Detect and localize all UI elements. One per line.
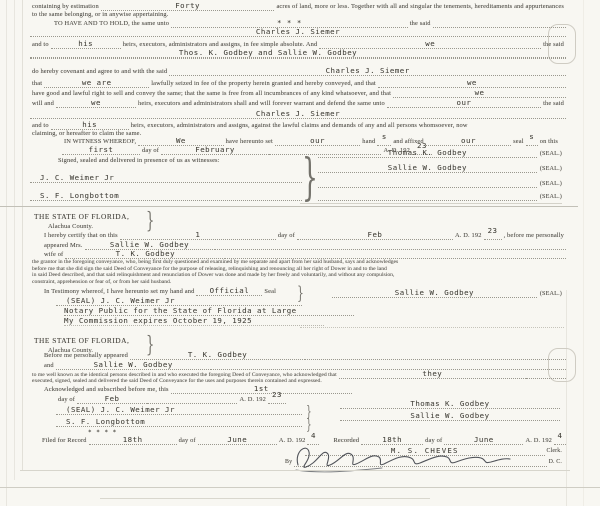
typed-month: June <box>227 436 247 444</box>
line-witness-signature: J. C. Weimer Jr <box>30 174 302 183</box>
typed-we: we <box>425 40 435 48</box>
typed-s: s <box>382 133 387 141</box>
printed-text: Before me personally appeared <box>42 351 130 360</box>
typed-month: Feb <box>105 395 120 403</box>
line-good-right: have good and lawful right to sell and c… <box>30 89 566 98</box>
typed-name: Sallie W. Godbey <box>110 241 189 249</box>
pronoun-blank: we <box>378 79 566 88</box>
line-notary-seal: (SEAL) J. C. Weimer Jr <box>56 297 302 306</box>
line-witness-signature: S. F. Longbottom <box>56 418 302 427</box>
pronoun-blank: we <box>56 99 136 108</box>
line-blank-dotted <box>30 58 566 59</box>
typed-year: 4 <box>558 432 563 440</box>
typed-month: Feb <box>368 231 383 239</box>
typed-name: Sallie W. Godbey <box>94 361 173 369</box>
line-wife-of: wife of T. K. Godbey <box>42 250 566 259</box>
deputy-label: D. C. <box>547 458 564 467</box>
printed-text: , before me personally <box>502 231 566 240</box>
typed-notary: (SEAL) J. C. Weimer Jr <box>66 406 175 414</box>
dotted-fill <box>147 403 237 404</box>
line-covenant: do hereby covenant and agree to and with… <box>30 67 566 76</box>
right-margin-line <box>583 0 584 506</box>
line-appeared: Before me personally appeared T. K. Godb… <box>42 351 566 360</box>
month-blank: Feb <box>297 231 453 240</box>
typed-s: s <box>529 133 534 141</box>
pronoun-blank: they <box>339 370 526 379</box>
day-blank: first <box>62 146 140 155</box>
left-margin-line <box>22 0 23 470</box>
notary-line: My Commission expires October 19, 1925 <box>64 317 324 326</box>
section-divider <box>300 203 562 204</box>
typed-year: 4 <box>311 432 316 440</box>
deputy-clerk-signature <box>292 441 527 473</box>
left-margin-line <box>6 0 7 506</box>
line-seized: that we are lawfully seized in fee of th… <box>30 79 566 88</box>
day-blank: 18th <box>89 436 177 445</box>
typed-day: first <box>89 146 114 154</box>
typed-we-are: we are <box>82 79 112 87</box>
typed-asterisks: * * * <box>277 19 302 27</box>
right-margin-line <box>566 290 567 506</box>
typed-witness: J. C. Weimer Jr <box>40 174 114 182</box>
typed-our: our <box>461 137 476 145</box>
typed-signature: Sallie W. Godbey <box>388 164 467 172</box>
typed-grantee: Charles J. Siemer <box>256 28 340 36</box>
line-county: Alachua County. <box>46 222 95 231</box>
printed-text: day of <box>177 436 198 445</box>
pronoun-blank: our <box>426 137 511 146</box>
typed-witness: S. F. Longbottom <box>40 192 119 200</box>
printed-text: day of <box>140 146 161 155</box>
printed-text: day of <box>56 395 77 404</box>
line-grantor-seal: Sallie W. Godbey (SEAL.) <box>318 164 564 173</box>
typed-signature: Thomas K. Godbey <box>388 149 467 157</box>
line-notary-seal: (SEAL) J. C. Weimer Jr <box>56 406 302 415</box>
state-title: THE STATE OF FLORIDA, <box>32 336 131 345</box>
printed-text: the said <box>541 40 566 49</box>
typed-day: 1st <box>254 385 269 393</box>
typed-our: our <box>310 137 325 145</box>
printed-text: will and <box>30 99 56 108</box>
printed-text: heirs, executors, administrators and ass… <box>129 121 470 130</box>
year-blank: 23 <box>268 395 286 404</box>
printed-text: TO HAVE AND TO HOLD, the same unto <box>52 19 171 28</box>
name-blank: Sallie W. Godbey <box>56 361 211 370</box>
witness-line: S. F. Longbottom <box>56 418 302 427</box>
typed-grantee: Charles J. Siemer <box>326 67 410 75</box>
printed-text: wife of <box>42 250 65 259</box>
line-grantor-seal: Thomas K. Godbey (SEAL.) <box>318 149 564 158</box>
line-testimony: In Testimony whereof, I have hereunto se… <box>42 287 278 296</box>
scan-fold-line <box>20 470 570 471</box>
month-blank: February <box>161 146 269 155</box>
scan-fold-line <box>100 498 430 499</box>
typed-acreage: Forty <box>175 2 200 10</box>
plural-blank: s <box>526 137 538 146</box>
line-warrant: will and we heirs, executors and adminis… <box>30 99 566 108</box>
line-witness-signature: S. F. Longbottom <box>30 192 302 201</box>
signature-line: Thomas K. Godbey <box>340 400 560 409</box>
printed-text: In Testimony whereof, I have hereunto se… <box>42 287 196 296</box>
scan-fold-line <box>0 487 600 488</box>
printed-text: day of <box>276 231 297 240</box>
notary-line: Notary Public for the State of Florida a… <box>64 307 354 316</box>
line-certify-date: I hereby certify that on this 1 day of F… <box>42 231 566 240</box>
seal-label: (SEAL.) <box>537 192 564 201</box>
printed-text: lawfully seized in fee of the property h… <box>149 79 378 88</box>
typed-name: T. K. Godbey <box>188 351 247 359</box>
official-blank: Official <box>196 287 262 296</box>
day-blank: 1st <box>171 385 352 394</box>
seal-label: (SEAL.) <box>537 164 564 173</box>
brace-glyph: } <box>302 150 318 204</box>
signature-line: Sallie W. Godbey <box>318 164 537 173</box>
typed-year: 23 <box>488 227 498 235</box>
line-grantee-name: Charles J. Siemer <box>30 110 566 119</box>
typed-his: his <box>78 40 93 48</box>
dotted-fill <box>526 378 566 379</box>
signature-line: Sallie W. Godbey <box>332 289 537 298</box>
printed-text: appeared Mrs. <box>42 241 85 250</box>
printed-text: Filed for Record <box>40 436 89 445</box>
line-grantor-seal: (SEAL.) <box>318 179 564 188</box>
typed-grantee: Charles J. Siemer <box>256 110 340 118</box>
line-blank-dotted <box>300 327 564 328</box>
seal-label: (SEAL.) <box>537 289 564 298</box>
printed-text: heirs, executors and administrators shal… <box>136 99 387 108</box>
line-grantors-names: Thos. K. Godbey and Sallie W. Godbey <box>30 49 566 58</box>
printed-text: to the same belonging, or in anywise app… <box>30 10 171 19</box>
typed-his: his <box>82 121 97 129</box>
day-blank: 1 <box>120 231 276 240</box>
section-divider <box>0 206 578 207</box>
plural-blank: s <box>377 137 391 146</box>
printed-text: A. D. 192 <box>237 395 268 404</box>
line-state-heading: THE STATE OF FLORIDA, <box>32 336 131 345</box>
name-blank: T. K. Godbey <box>65 250 225 259</box>
typed-day: 18th <box>123 436 143 444</box>
pronoun-blank: we are <box>44 79 149 88</box>
signature-line <box>318 200 537 201</box>
typed-month: February <box>195 146 235 154</box>
notary-line: (SEAL) J. C. Weimer Jr <box>56 297 302 306</box>
typed-name: T. K. Godbey <box>116 250 175 258</box>
name-blank: Charles J. Siemer <box>30 28 566 37</box>
typed-we: we <box>467 79 477 87</box>
line-ack-date: day of Feb A. D. 192 23 <box>56 395 286 404</box>
dotted-fill <box>300 327 564 328</box>
pronoun-blank: our <box>387 99 541 108</box>
typed-they: they <box>422 370 442 378</box>
line-in-witness: IN WITNESS WHEREOF, We have hereunto set… <box>62 137 560 146</box>
line-commission: My Commission expires October 19, 1925 <box>64 317 324 326</box>
line-wife-seal: Sallie W. Godbey (SEAL.) <box>332 289 564 298</box>
year-blank: 23 <box>484 231 502 240</box>
line-witness-heading: Signed, sealed and delivered in presence… <box>56 156 222 165</box>
typed-official: Official <box>210 287 250 295</box>
typed-commission: My Commission expires October 19, 1925 <box>64 317 252 325</box>
line-fine-print: constraint, apprehension or fear of, or … <box>30 279 173 286</box>
typed-year: 23 <box>272 391 282 399</box>
witness-line: S. F. Longbottom <box>30 192 302 201</box>
printed-text: Seal <box>262 287 278 296</box>
month-blank: Feb <box>77 395 147 404</box>
printed-text: and to <box>30 40 51 49</box>
typed-signature: Sallie W. Godbey <box>395 289 474 297</box>
typed-our: our <box>457 99 472 107</box>
seal-label: (SEAL.) <box>537 149 564 158</box>
clerk-label: Clerk. <box>545 447 564 456</box>
printed-text: hand <box>360 137 377 146</box>
printed-text: have good and lawful right to sell and c… <box>30 89 393 98</box>
typed-we: We <box>176 137 186 145</box>
seal-label: (SEAL.) <box>537 179 564 188</box>
printed-text: on this <box>538 137 560 146</box>
printed-text: Acknowledged and subscribed before me, t… <box>42 385 171 394</box>
pronoun-blank: his <box>51 40 121 49</box>
printed-fine-print: executed, signed, sealed and delivered t… <box>30 378 324 385</box>
dotted-fill <box>305 359 566 360</box>
dotted-fill <box>30 58 566 59</box>
name-blank: Charles J. Siemer <box>30 110 566 119</box>
notary-line: (SEAL) J. C. Weimer Jr <box>56 406 302 415</box>
line-grantor-seal: (SEAL.) <box>318 192 564 201</box>
printed-text: acres of land, more or less. Together wi… <box>274 2 566 11</box>
printed-text: I hereby certify that on this <box>42 231 120 240</box>
typed-witness: S. F. Longbottom <box>66 418 145 426</box>
scanned-deed-page: containing by estimation Forty acres of … <box>0 0 600 506</box>
printed-text: the said <box>541 99 566 108</box>
signature-line: Thomas K. Godbey <box>318 149 537 158</box>
brace-glyph: } <box>306 416 312 432</box>
name-blank: Charles J. Siemer <box>169 67 566 76</box>
typed-notary-title: Notary Public for the State of Florida a… <box>64 307 297 315</box>
printed-text: Signed, sealed and delivered in presence… <box>56 156 222 165</box>
line-subscribed: Acknowledged and subscribed before me, t… <box>42 385 352 394</box>
printed-text: the said <box>408 19 433 28</box>
left-margin-line <box>14 0 15 480</box>
county-label: Alachua County. <box>46 222 95 231</box>
signature-line <box>318 187 537 188</box>
printed-text: that <box>30 79 44 88</box>
line-notary-title: Notary Public for the State of Florida a… <box>64 307 354 316</box>
line-grantee-name: Charles J. Siemer <box>30 28 566 37</box>
typed-notary: (SEAL) J. C. Weimer Jr <box>66 297 175 305</box>
line-fine-print: executed, signed, sealed and delivered t… <box>30 378 324 385</box>
typed-we: we <box>91 99 101 107</box>
typed-day: 1 <box>195 231 200 239</box>
printed-text: do hereby covenant and agree to and with… <box>30 67 169 76</box>
typed-signature: Thomas K. Godbey <box>410 400 489 408</box>
line-belonging: to the same belonging, or in anywise app… <box>30 10 171 19</box>
year-blank: 4 <box>554 436 566 445</box>
printed-text: seal <box>511 137 526 146</box>
name-blank: T. K. Godbey <box>130 351 305 360</box>
signature-line: Sallie W. Godbey <box>340 412 560 421</box>
month-blank: June <box>198 436 277 445</box>
line-state-heading: THE STATE OF FLORIDA, <box>32 212 131 221</box>
line-ack-signature: Thomas K. Godbey <box>340 400 560 409</box>
printed-text: and <box>42 361 56 370</box>
name-blank: Thos. K. Godbey and Sallie W. Godbey <box>30 49 566 58</box>
state-title: THE STATE OF FLORIDA, <box>32 212 131 221</box>
pronoun-blank: we <box>393 89 566 98</box>
line-ack-signature: Sallie W. Godbey <box>340 412 560 421</box>
printed-text: A. D. 192 <box>523 436 554 445</box>
typed-grantors: Thos. K. Godbey and Sallie W. Godbey <box>179 49 357 57</box>
pronoun-blank: our <box>275 137 360 146</box>
printed-text: A. D. 192 <box>453 231 484 240</box>
printed-fine-print: constraint, apprehension or fear of, or … <box>30 279 173 286</box>
line-and-name: and Sallie W. Godbey <box>42 361 566 370</box>
witness-line: J. C. Weimer Jr <box>30 174 302 183</box>
typed-signature: Sallie W. Godbey <box>410 412 489 420</box>
typed-we: we <box>475 89 485 97</box>
